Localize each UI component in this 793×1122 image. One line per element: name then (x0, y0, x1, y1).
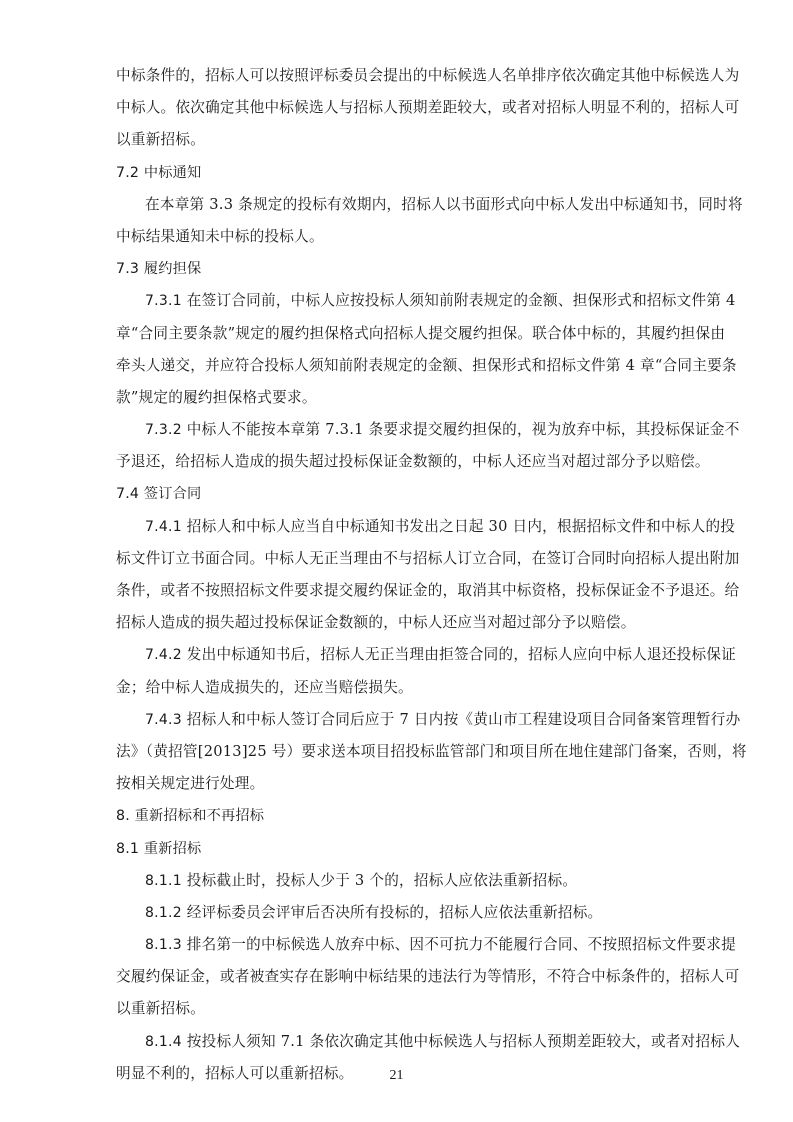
paragraph-line: 招标人造成的损失超过投标保证金数额的，中标人还应当对超过部分予以赔偿。 (116, 607, 702, 639)
clause-text: 发出中标通知书后，招标人无正当理由拒签合同的，招标人应向中标人退还投标保证 (182, 646, 736, 663)
paragraph-line: 法》（黄招管[2013]25 号）要求送本项目招投标监管部门和项目所在地住建部门… (116, 736, 702, 768)
paragraph-line: 予退还，给招标人造成的损失超过投标保证金数额的，中标人还应当对超过部分予以赔偿。 (116, 446, 702, 478)
clause-number: 7.4.1 (145, 519, 182, 535)
paragraph-line: 金；给中标人造成损失的，还应当赔偿损失。 (116, 672, 702, 704)
paragraph-line: 中标人。依次确定其他中标候选人与招标人预期差距较大，或者对招标人明显不利的，招标… (116, 92, 702, 124)
paragraph-line: 在本章第 3.3 条规定的投标有效期内，招标人以书面形式向中标人发出中标通知书，… (116, 189, 702, 221)
clause-number: 8.1.1 (145, 873, 182, 889)
clause-text: 招标人和中标人应当自中标通知书发出之日起 30 日内，根据招标文件和中标人的投 (182, 518, 735, 535)
clause-text: 在签订合同前，中标人应按投标人须知前附表规定的金额、担保形式和招标文件第 4 (182, 292, 736, 309)
clause-number: 8.1.3 (145, 937, 182, 953)
paragraph-line: 以重新招标。 (116, 124, 702, 156)
clause-7-4-1-line: 7.4.1 招标人和中标人应当自中标通知书发出之日起 30 日内，根据招标文件和… (116, 511, 702, 543)
clause-text: 经评标委员会评审后否决所有投标的，招标人应依法重新招标。 (182, 904, 603, 921)
clause-8-1-4-line: 8.1.4 按投标人须知 7.1 条依次确定其他中标候选人与招标人预期差距较大，… (116, 1026, 702, 1058)
section-heading-7-2: 7.2 中标通知 (116, 157, 702, 189)
document-page: 中标条件的，招标人可以按照评标委员会提出的中标候选人名单排序依次确定其他中标候选… (0, 0, 793, 1122)
section-heading-7-3: 7.3 履约担保 (116, 253, 702, 285)
clause-number: 7.4.2 (145, 647, 182, 663)
page-number: 21 (0, 1068, 793, 1084)
clause-8-1-3-line: 8.1.3 排名第一的中标候选人放弃中标、因不可抗力不能履行合同、不按照招标文件… (116, 929, 702, 961)
section-heading-7-4: 7.4 签订合同 (116, 478, 702, 510)
clause-number: 7.4.3 (145, 712, 182, 728)
clause-7-3-2-line: 7.3.2 中标人不能按本章第 7.3.1 条要求提交履约担保的，视为放弃中标，… (116, 414, 702, 446)
clause-number: 7.3.1 (145, 293, 182, 309)
paragraph-line: 章“合同主要条款”规定的履约担保格式向招标人提交履约担保。联合体中标的，其履约担… (116, 318, 702, 350)
clause-number: 8.1.4 (145, 1034, 182, 1050)
paragraph-line: 中标条件的，招标人可以按照评标委员会提出的中标候选人名单排序依次确定其他中标候选… (116, 60, 702, 92)
clause-text: 招标人和中标人签订合同后应于 7 日内按《黄山市工程建设项目合同备案管理暂行办 (182, 711, 741, 728)
clause-7-4-3-line: 7.4.3 招标人和中标人签订合同后应于 7 日内按《黄山市工程建设项目合同备案… (116, 704, 702, 736)
clause-number: 7.3.2 (145, 422, 182, 438)
clause-7-3-1-line: 7.3.1 在签订合同前，中标人应按投标人须知前附表规定的金额、担保形式和招标文… (116, 285, 702, 317)
paragraph-line: 条件，或者不按照招标文件要求提交履约保证金的，取消其中标资格，投标保证金不予退还… (116, 575, 702, 607)
clause-8-1-2-line: 8.1.2 经评标委员会评审后否决所有投标的，招标人应依法重新招标。 (116, 897, 702, 929)
paragraph-line: 以重新招标。 (116, 993, 702, 1025)
paragraph-line: 牵头人递交，并应符合投标人须知前附表规定的金额、担保形式和招标文件第 4 章“合… (116, 350, 702, 382)
section-heading-8: 8. 重新招标和不再招标 (116, 800, 702, 832)
clause-number: 8.1.2 (145, 905, 182, 921)
clause-8-1-1-line: 8.1.1 投标截止时，投标人少于 3 个的，招标人应依法重新招标。 (116, 865, 702, 897)
paragraph-line: 款”规定的履约担保格式要求。 (116, 382, 702, 414)
page-body: 中标条件的，招标人可以按照评标委员会提出的中标候选人名单排序依次确定其他中标候选… (116, 60, 702, 1090)
clause-text: 按投标人须知 7.1 条依次确定其他中标候选人与招标人预期差距较大，或者对招标人 (182, 1033, 740, 1050)
clause-7-4-2-line: 7.4.2 发出中标通知书后，招标人无正当理由拒签合同的，招标人应向中标人退还投… (116, 639, 702, 671)
section-heading-8-1: 8.1 重新招标 (116, 833, 702, 865)
clause-text: 投标截止时，投标人少于 3 个的，招标人应依法重新招标。 (182, 872, 577, 889)
paragraph-line: 按相关规定进行处理。 (116, 768, 702, 800)
clause-text: 排名第一的中标候选人放弃中标、因不可抗力不能履行合同、不按照招标文件要求提 (182, 936, 736, 953)
clause-text: 中标人不能按本章第 7.3.1 条要求提交履约担保的，视为放弃中标，其投标保证金… (182, 421, 740, 438)
paragraph-line: 标文件订立书面合同。中标人无正当理由不与招标人订立合同，在签订合同时向招标人提出… (116, 543, 702, 575)
paragraph-line: 交履约保证金，或者被查实存在影响中标结果的违法行为等情形，不符合中标条件的，招标… (116, 961, 702, 993)
paragraph-line: 中标结果通知未中标的投标人。 (116, 221, 702, 253)
